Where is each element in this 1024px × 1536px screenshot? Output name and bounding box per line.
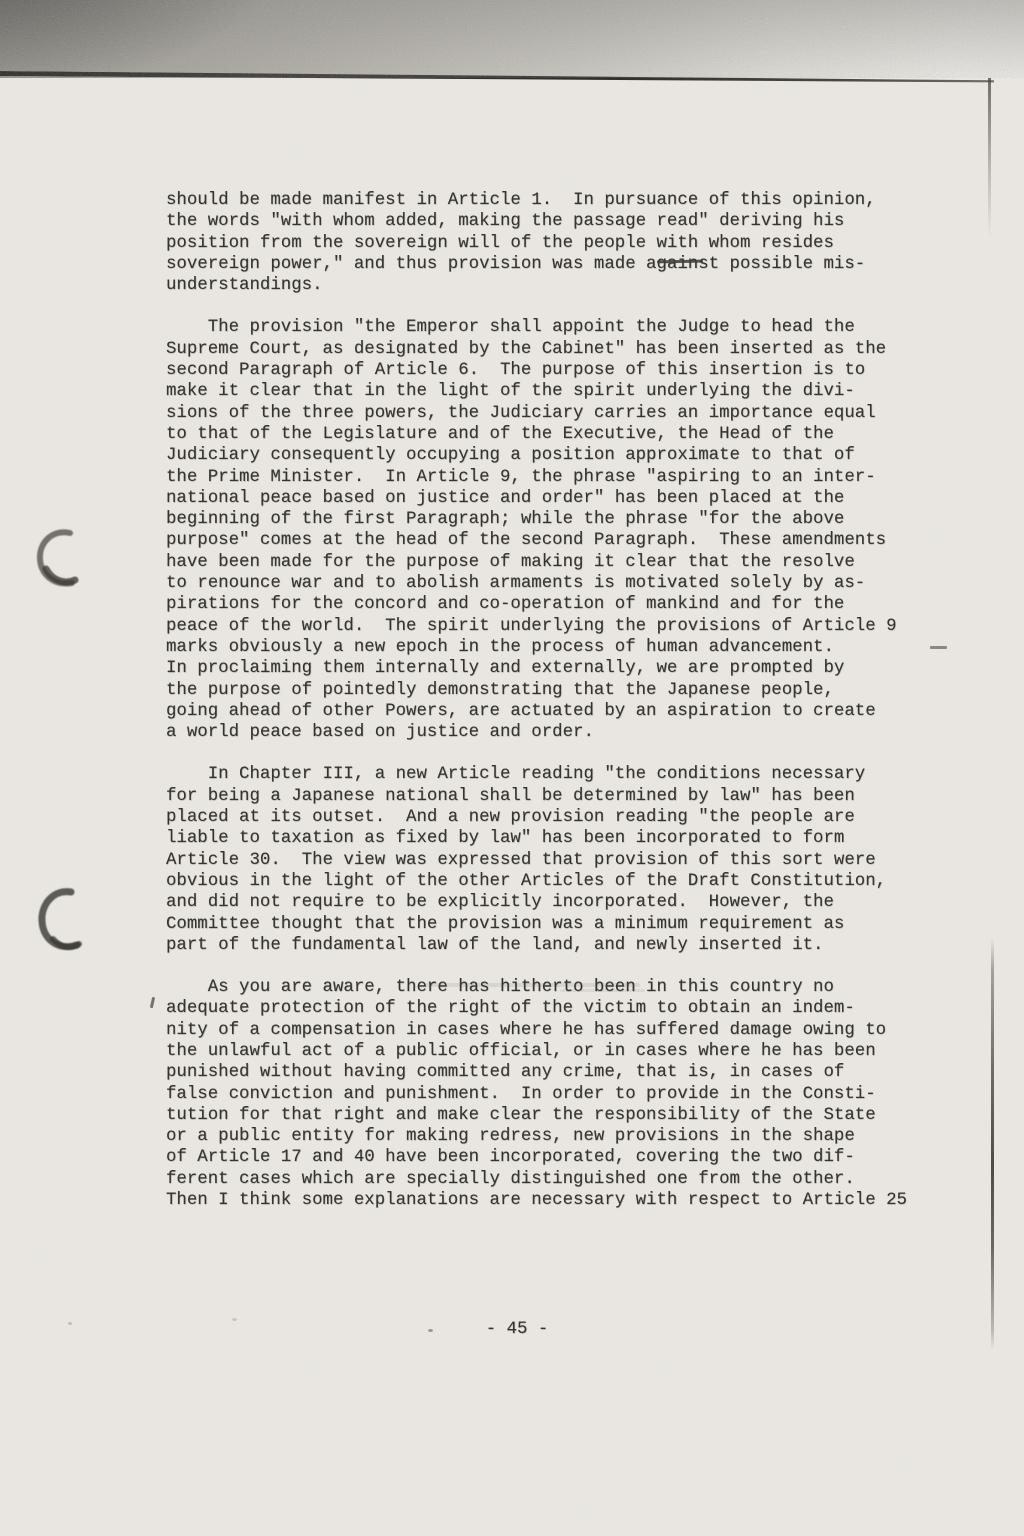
- punch-hole-mark: [30, 523, 94, 600]
- paragraph-state-redress: As you are aware, there has hitherto bee…: [166, 977, 936, 1211]
- margin-tick-mark: [150, 997, 155, 1008]
- paragraph-article-1: should be made manifest in Article 1. In…: [166, 190, 936, 296]
- page-number: - 45 -: [0, 1320, 1024, 1339]
- scan-crease-line-bottom: [991, 938, 994, 1350]
- scan-crease-line-top: [988, 78, 991, 238]
- document-text: should be made manifest in Article 1. In…: [166, 190, 936, 1232]
- paragraph-chapter-3: In Chapter III, a new Article reading "t…: [166, 764, 936, 956]
- punch-hole-mark: [33, 883, 97, 966]
- scan-smudge: [560, 989, 645, 992]
- scan-smudge: [425, 983, 640, 987]
- stray-dash-mark: [930, 646, 947, 649]
- scanned-document-page: should be made manifest in Article 1. In…: [0, 0, 1024, 1536]
- scan-edge-shadow: [0, 0, 1024, 78]
- paragraph-article-6-and-9: The provision "the Emperor shall appoint…: [166, 317, 936, 743]
